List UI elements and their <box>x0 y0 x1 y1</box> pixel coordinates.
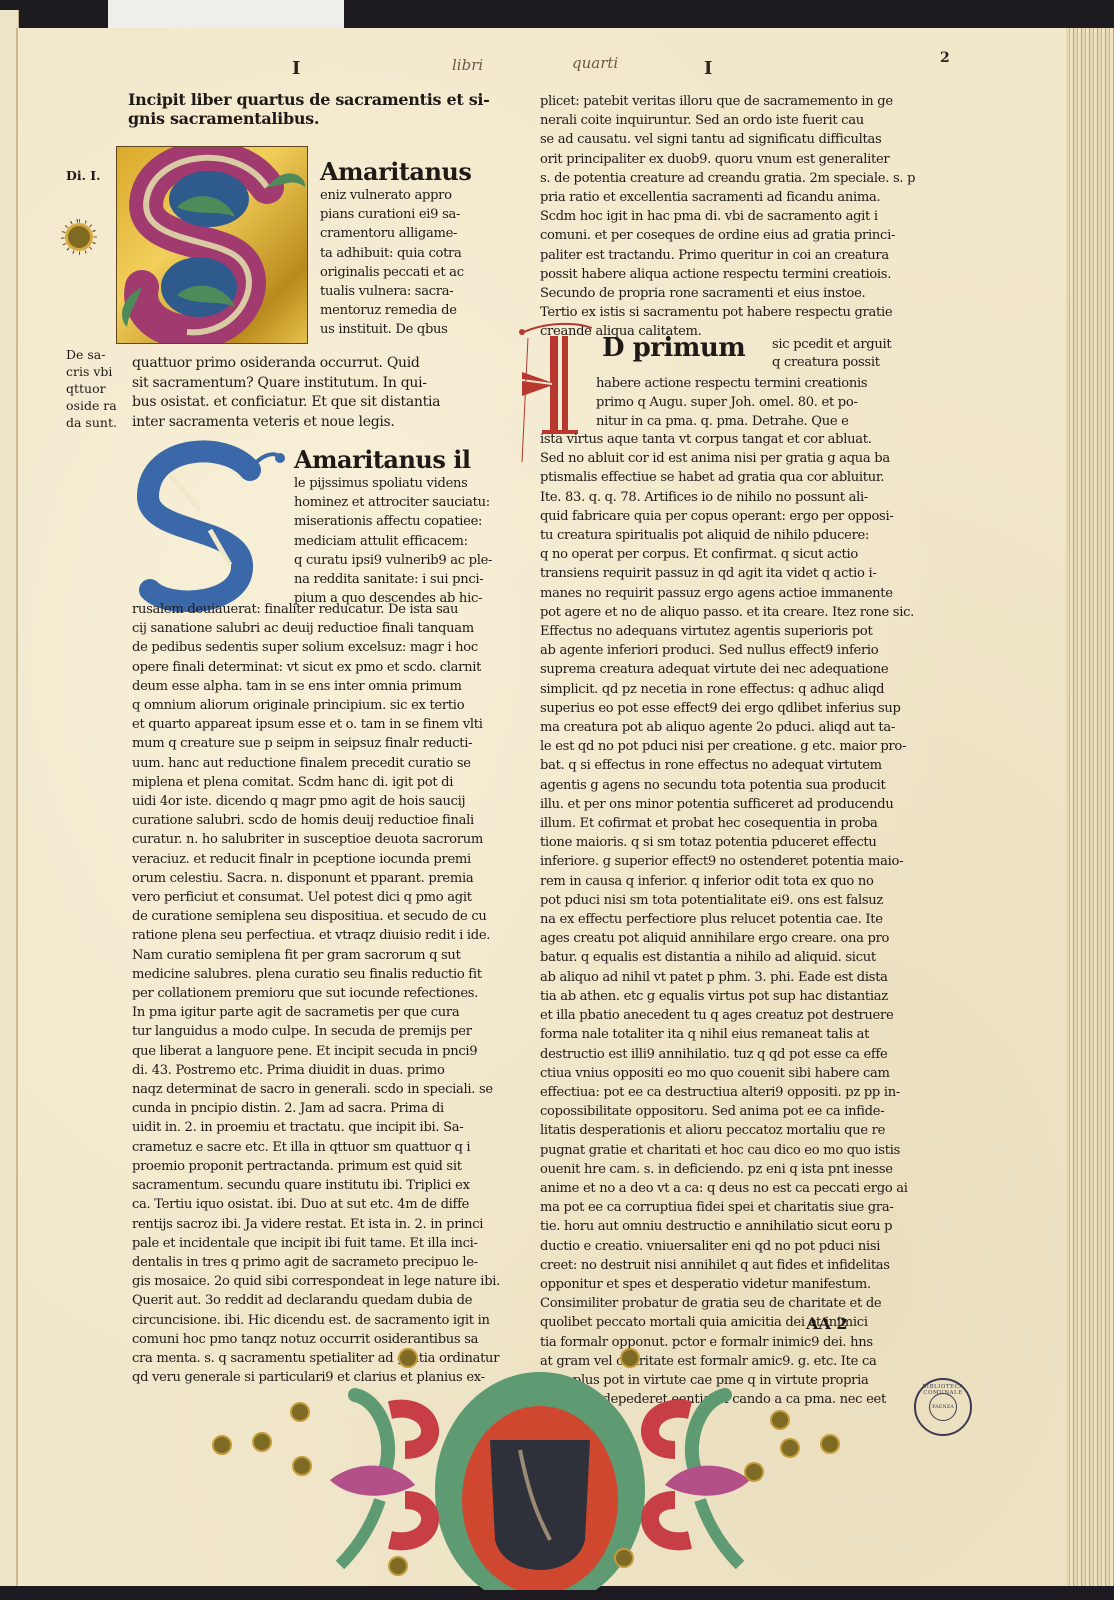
opening-word: D primum <box>602 334 745 362</box>
text-line: le est qd no pot pduci nisi per creation… <box>540 737 914 756</box>
text-line: veraciuz. et reducit finalr in pceptione… <box>132 850 500 869</box>
text-line: illum. Et cofirmat et probat hec coseque… <box>540 814 914 833</box>
text-line: orum celestiu. Sacra. n. disponunt et pp… <box>132 869 500 888</box>
text-line: opponitur et spes et desperatio videtur … <box>540 1275 914 1294</box>
text-line: bus osistat. et conficiatur. Et que sit … <box>132 393 440 413</box>
running-head-right: I <box>704 58 712 79</box>
first-paragraph-beside-initial: Amaritanus eniz vulnerato appro pians cu… <box>320 158 471 340</box>
text-line: ab aliquo ad nihil vt patet p phm. 3. ph… <box>540 968 914 987</box>
text-line: rentijs sacroz ibi. Ja videre restat. Et… <box>132 1215 500 1234</box>
first-paragraph-full-lines: quattuor primo osideranda occurrut. Quid… <box>132 354 440 432</box>
text-line: us instituit. De qbus <box>320 320 471 339</box>
text-line: q creatura possit <box>772 354 891 372</box>
text-line: le pijssimus spoliatu videns <box>294 474 492 493</box>
text-line: proemio proponit pertractanda. primum es… <box>132 1157 500 1176</box>
text-line: Scdm hoc igit in hac pma di. vbi de sacr… <box>540 207 915 226</box>
margin-note-line: qttuor <box>66 380 117 397</box>
text-line: illu. et per ons minor potentia sufficer… <box>540 795 914 814</box>
text-line: cramentoru alligame- <box>320 224 471 243</box>
text-line: cunda in pncipio distin. 2. Jam ad sacra… <box>132 1099 500 1118</box>
question-heading-block: D primum <box>602 334 745 362</box>
text-line: mentoruz remedia de <box>320 301 471 320</box>
text-line: tione maioris. q si sm totaz potentia pd… <box>540 833 914 852</box>
text-line: ctiua vnius oppositi eo mo quo couenit s… <box>540 1064 914 1083</box>
text-line: paliter est tractandu. Primo queritur in… <box>540 246 915 265</box>
text-line: cij sanatione salubri ac deuij reductioe… <box>132 619 500 638</box>
text-line: batur. q equalis est distantia a nihilo … <box>540 948 914 967</box>
right-column-body: ista virtus aque tanta vt corpus tangat … <box>540 430 914 1409</box>
text-line: ca. Tertiu iquo osistat. ibi. Duo at sut… <box>132 1195 500 1214</box>
text-line: eniz vulnerato appro <box>320 186 471 205</box>
illuminated-initial-s <box>116 146 308 344</box>
text-line: uidit in. 2. in proemiu et tractatu. que… <box>132 1118 500 1137</box>
text-line: habere actione respectu termini creation… <box>596 374 867 393</box>
stamp-ring-text: BIBLIOTECA COMUNALE <box>916 1384 970 1396</box>
text-line: na ex effectu perfectiore plus relucet p… <box>540 910 914 929</box>
text-line: et quarto appareat ipsum esse et o. tam … <box>132 715 500 734</box>
text-line: Effectus no adequans virtutez agentis su… <box>540 622 914 641</box>
text-line: destructio est illi9 annihilatio. tuz q … <box>540 1045 914 1064</box>
text-line: opere finali determinat: vt sicut ex pmo… <box>132 658 500 677</box>
text-line: ab agente inferiori produci. Sed nullus … <box>540 641 914 660</box>
opening-word: Amaritanus il <box>294 446 492 474</box>
text-line: vero perficiut et consumat. Uel potest d… <box>132 888 500 907</box>
text-line: de pedibus sedentis super solium excelsu… <box>132 638 500 657</box>
handwritten-note-right: quarti <box>572 54 618 72</box>
text-line: curatur. n. ho salubriter in susceptioe … <box>132 830 500 849</box>
text-line: ouenit hre cam. s. in deficiendo. pz eni… <box>540 1160 914 1179</box>
text-line: di. 43. Postremo etc. Prima diuidit in d… <box>132 1061 500 1080</box>
text-line: deum esse alpha. tam in se ens inter omn… <box>132 677 500 696</box>
text-line: inter sacramenta veteris et noue legis. <box>132 413 440 433</box>
text-line: mum q creature sue p seipm in seipsuz fi… <box>132 734 500 753</box>
initial-s-icon <box>117 147 307 343</box>
text-line: ages creatu pot aliquid annihilare ergo … <box>540 929 914 948</box>
text-line: que liberat a languore pene. Et incipit … <box>132 1042 500 1061</box>
text-line: ista virtus aque tanta vt corpus tangat … <box>540 430 914 449</box>
signature-mark: AA 2 <box>806 1314 848 1333</box>
text-line: Tertio ex istis si sacramentu pot habere… <box>540 303 915 322</box>
question-beside-initial: habere actione respectu termini creation… <box>596 374 867 432</box>
text-line: In pma igitur parte agit de sacrametis p… <box>132 1003 500 1022</box>
text-line: per collationem premioru que sut iocunde… <box>132 984 500 1003</box>
margin-note-line: cris vbi <box>66 363 117 380</box>
sun-ornament-icon <box>68 226 90 248</box>
text-line: simplicit. qd pz necetia in rone effectu… <box>540 680 914 699</box>
text-line: q no operat per corpus. Et confirmat. q … <box>540 545 914 564</box>
margin-note-line: oside ra <box>66 397 117 414</box>
text-line: mediciam attulit efficacem: <box>294 532 492 551</box>
left-column-body: rusalem deuiauerat: finaliter reducatur.… <box>132 600 500 1387</box>
margin-note: De sa- cris vbi qttuor oside ra da sunt. <box>66 346 117 431</box>
text-line: pria ratio et excellentia sacramenti ad … <box>540 188 915 207</box>
library-stamp: BIBLIOTECA COMUNALE FAENZA <box>914 1378 972 1436</box>
text-line: anime et no a deo vt a ca: q deus no est… <box>540 1179 914 1198</box>
text-line: miserationis affectu copatiee: <box>294 512 492 531</box>
text-line: creet: no destruit nisi annihilet q aut … <box>540 1256 914 1275</box>
blue-initial-s <box>130 440 290 612</box>
text-line: copossibilitate oppositoru. Sed anima po… <box>540 1102 914 1121</box>
text-line: naqz determinat de sacro in generali. sc… <box>132 1080 500 1099</box>
text-line: crametuz e sacre etc. Et illa in qttuor … <box>132 1138 500 1157</box>
stamp-center-text: FAENZA <box>932 1404 954 1410</box>
text-line: originalis peccati et ac <box>320 263 471 282</box>
text-line: manes no requirit passuz ergo agens acti… <box>540 584 914 603</box>
initial-s-blue-icon <box>130 440 290 612</box>
text-line: tia ab athen. etc g equalis virtus pot s… <box>540 987 914 1006</box>
text-line: s. de potentia creature ad creandu grati… <box>540 169 915 188</box>
text-line: Querit aut. 3o reddit ad declarandu qued… <box>132 1291 500 1310</box>
text-line: gis mosaice. 2o quid sibi correspondeat … <box>132 1272 500 1291</box>
text-line: pugnat gratie et charitati et hoc cau di… <box>540 1141 914 1160</box>
text-line: inferiore. g superior effect9 no ostende… <box>540 852 914 871</box>
margin-note-line: De sa- <box>66 346 117 363</box>
text-line: ma creatura pot ab aliquo agente 2o pduc… <box>540 718 914 737</box>
text-line: pale et incidentale que incipit ibi fuit… <box>132 1234 500 1253</box>
text-line: uidi 4or iste. dicendo q magr pmo agit d… <box>132 792 500 811</box>
text-line: tu creatura spiritualis pot aliquid de n… <box>540 526 914 545</box>
text-line: litatis desperationis et alioru peccatoz… <box>540 1121 914 1140</box>
text-line: pot pduci nisi sm tota potentialitate ei… <box>540 891 914 910</box>
text-line: rem in causa q inferior. q inferior odit… <box>540 872 914 891</box>
text-line: curatione salubri. scdo de homis deuij r… <box>132 811 500 830</box>
text-line: q omnium aliorum originale principium. s… <box>132 696 500 715</box>
book-heading: Incipit liber quartus de sacramentis et … <box>128 90 490 128</box>
book-fore-edge <box>1066 28 1114 1600</box>
text-line: possit habere aliqua actione respectu te… <box>540 265 915 284</box>
folio-number: 2 <box>940 50 950 66</box>
text-line: sacramentum. secundu quare institutu ibi… <box>132 1176 500 1195</box>
margin-note-line: da sunt. <box>66 414 117 431</box>
text-line: miplena et plena comitat. Scdm hanc di. … <box>132 773 500 792</box>
text-line: circuncisione. ibi. Hic dicendu est. de … <box>132 1311 500 1330</box>
text-line: nitur in ca pma. q. pma. Detrahe. Que e <box>596 412 867 431</box>
text-line: de curatione semiplena seu dispositiua. … <box>132 907 500 926</box>
text-line: q curatu ipsi9 vulnerib9 ac ple- <box>294 551 492 570</box>
text-line: hominez et attrociter sauciatu: <box>294 493 492 512</box>
text-line: tualis vulnera: sacra- <box>320 282 471 301</box>
text-line: ma pot ee ca corruptiua fidei spei et ch… <box>540 1198 914 1217</box>
distinction-label: Di. I. <box>66 166 101 185</box>
text-line: pot agere et no de aliquo passo. et ita … <box>540 603 914 622</box>
text-line: Consimiliter probatur de gratia seu de c… <box>540 1294 914 1313</box>
question-beside-big: sic pcedit et arguit q creatura possit <box>772 336 891 372</box>
text-line: ta adhibuit: quia cotra <box>320 244 471 263</box>
text-line: tur languidus a modo culpe. In secuda de… <box>132 1022 500 1041</box>
text-line: Sed no abluit cor id est anima nisi per … <box>540 449 914 468</box>
right-column-top: plicet: patebit veritas illoru que de sa… <box>540 92 915 342</box>
second-paragraph-beside-initial: Amaritanus il le pijssimus spoliatu vide… <box>294 446 492 608</box>
text-line: quid fabricare quia per copus operant: e… <box>540 507 914 526</box>
text-line: ductio e creatio. vniuersaliter eni qd n… <box>540 1237 914 1256</box>
heading-line: Incipit liber quartus de sacramentis et … <box>128 90 490 109</box>
text-line: medicine salubres. plena curatio seu fin… <box>132 965 500 984</box>
text-line: nerali coite inquiruntur. Sed an ordo is… <box>540 111 915 130</box>
text-line: ptismalis effectiue se habet ad gratia q… <box>540 468 914 487</box>
text-line: pians curationi ei9 sa- <box>320 205 471 224</box>
text-line: Nam curatio semiplena fit per gram sacro… <box>132 946 500 965</box>
text-line: bat. q si effectus in rone effectus no a… <box>540 756 914 775</box>
text-line: transiens requirit passuz in qd agit ita… <box>540 564 914 583</box>
text-line: agentis g agens no secundu tota potentia… <box>540 776 914 795</box>
text-line: forma nale totaliter ita q nihil eius re… <box>540 1025 914 1044</box>
heading-line: gnis sacramentalibus. <box>128 109 490 128</box>
text-line: dentalis in tres q primo agit de sacrame… <box>132 1253 500 1272</box>
text-line: quattuor primo osideranda occurrut. Quid <box>132 354 440 374</box>
text-line: Ite. 83. q. q. 78. Artifices io de nihil… <box>540 488 914 507</box>
text-line: superius eo pot esse effect9 dei ergo qd… <box>540 699 914 718</box>
text-line: quolibet peccato mortali quia amicitia d… <box>540 1313 914 1332</box>
text-line: comuni. et per coseques de ordine eius a… <box>540 226 915 245</box>
text-line: rusalem deuiauerat: finaliter reducatur.… <box>132 600 500 619</box>
text-line: et illa pbatio anecedent tu q ages creat… <box>540 1006 914 1025</box>
text-line: sic pcedit et arguit <box>772 336 891 354</box>
text-line: tie. horu aut omniu destructio e annihil… <box>540 1217 914 1236</box>
running-head-left: I <box>292 58 300 79</box>
opening-word: Amaritanus <box>320 158 471 186</box>
bottom-border-ornament <box>180 1340 900 1590</box>
text-line: suprema creatura adequat virtute dei nec… <box>540 660 914 679</box>
stamp-center: FAENZA <box>929 1393 957 1421</box>
text-line: orit principaliter ex duob9. quoru vnum … <box>540 150 915 169</box>
text-line: primo q Augu. super Joh. omel. 80. et po… <box>596 393 867 412</box>
text-line: Secundo de propria rone sacramenti et ei… <box>540 284 915 303</box>
text-line: plicet: patebit veritas illoru que de sa… <box>540 92 915 111</box>
text-line: se ad causatu. vel signi tantu ad signif… <box>540 130 915 149</box>
text-line: na reddita sanitate: i sui pnci- <box>294 570 492 589</box>
text-line: effectiua: pot ee ca destructiua alteri9… <box>540 1083 914 1102</box>
text-line: sit sacramentum? Quare institutum. In qu… <box>132 374 440 394</box>
handwritten-note-left: libri <box>452 56 483 74</box>
text-line: ratione plena seu perfectiua. et vtraqz … <box>132 926 500 945</box>
text-line: uum. hanc aut reductione finalem precedi… <box>132 754 500 773</box>
